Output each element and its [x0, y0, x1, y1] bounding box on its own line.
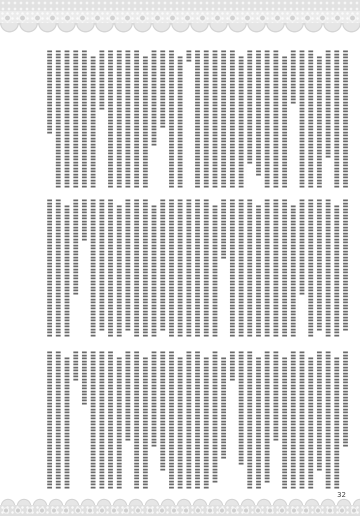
text-column: 〓〓〓〓〓〓〓〓〓〓〓〓〓〓〓〓〓〓〓〓〓〓〓	[52, 199, 61, 341]
text-column: 〓〓〓〓〓〓〓〓〓〓〓〓〓〓〓〓〓〓〓〓〓〓	[252, 199, 261, 341]
text-column: 〓〓〓〓〓〓〓〓〓〓〓〓〓〓〓〓〓〓〓〓〓〓	[331, 351, 340, 493]
text-column: 〓〓〓〓〓〓〓〓〓〓〓〓〓〓〓〓〓〓〓〓〓〓〓	[322, 351, 331, 493]
text-column: 〓〓〓〓〓〓〓〓〓〓〓〓〓〓〓〓〓〓〓〓〓〓	[252, 351, 261, 493]
text-column: 〓〓	[183, 50, 192, 192]
text-column: 〓〓〓〓〓〓〓〓〓〓〓〓〓	[157, 50, 166, 192]
text-column: 〓〓〓〓〓〓〓〓〓〓〓〓〓〓〓〓〓〓〓〓〓〓	[139, 351, 148, 493]
text-column: 〓〓〓〓〓〓〓〓〓〓〓〓〓〓〓〓〓〓〓〓〓〓〓	[96, 351, 105, 493]
text-column: 〓〓〓〓〓〓〓〓〓〓〓〓〓〓〓〓〓〓〓〓〓〓	[87, 50, 96, 192]
text-column: 〓〓〓〓〓〓〓〓〓〓〓〓〓〓〓〓〓〓〓〓〓〓〓	[217, 50, 226, 192]
text-column: 〓〓〓〓〓〓〓〓〓〓〓〓〓〓〓〓〓〓〓〓〓〓	[61, 351, 70, 493]
text-column: 〓〓〓〓〓〓〓〓〓〓〓〓〓〓〓〓〓〓〓〓〓〓〓	[296, 50, 305, 192]
text-column: 〓〓〓〓〓〓〓〓〓〓〓〓〓〓〓〓〓〓〓〓〓〓	[261, 351, 270, 493]
text-column: 〓〓〓〓〓〓〓〓〓〓〓〓〓〓〓〓〓〓〓〓〓〓〓	[261, 50, 270, 192]
text-column: 〓〓〓〓〓〓〓〓〓〓〓〓〓〓〓〓	[296, 199, 305, 341]
lace-border-top	[0, 0, 360, 38]
lace-band	[0, 505, 360, 516]
text-column: 〓〓〓〓〓〓〓〓〓〓〓〓〓〓〓〓〓〓〓〓〓〓	[139, 50, 148, 192]
text-column: 〓〓〓〓〓〓〓〓〓〓〓〓〓〓〓〓〓〓〓〓〓〓〓	[331, 50, 340, 192]
text-column: 〓〓〓〓〓〓〓〓〓〓〓〓〓〓〓〓〓〓〓〓〓〓〓	[87, 351, 96, 493]
text-column: 〓〓〓〓〓〓〓〓〓〓〓〓〓〓〓〓〓〓〓〓〓〓〓	[235, 199, 244, 341]
text-column: 〓〓〓〓〓〓〓〓〓〓〓〓〓〓〓〓〓〓〓〓〓〓	[174, 351, 183, 493]
text-column: 〓〓〓〓〓〓〓〓〓〓〓〓〓〓〓〓〓	[217, 351, 226, 493]
text-column: 〓〓〓〓〓〓〓〓〓〓〓〓〓〓〓〓〓〓〓〓〓〓	[278, 351, 287, 493]
text-column: 〓〓〓〓〓〓〓〓〓〓〓〓〓〓〓〓〓〓〓〓〓〓	[113, 351, 122, 493]
text-column: 〓〓〓〓〓〓〓〓〓〓〓〓〓〓〓〓〓〓〓〓〓〓〓	[183, 199, 192, 341]
text-column: 〓〓〓〓〓〓〓〓〓〓〓〓〓〓〓〓〓〓〓〓〓〓	[148, 199, 157, 341]
text-column: 〓〓〓〓〓〓〓〓〓〓〓〓〓〓〓〓〓〓〓〓〓〓〓	[200, 50, 209, 192]
text-column: 〓〓〓〓〓〓〓〓〓〓〓〓〓〓〓〓	[148, 50, 157, 192]
text-column: 〓〓〓〓〓〓〓〓〓〓〓〓〓〓〓〓〓〓〓〓〓〓〓	[339, 50, 348, 192]
text-column: 〓〓〓〓〓〓〓〓〓〓〓〓〓〓〓〓〓〓〓〓〓〓	[287, 199, 296, 341]
text-column: 〓〓〓〓〓〓〓〓〓〓〓〓〓〓〓〓〓〓〓〓〓〓	[339, 199, 348, 341]
text-column: 〓〓〓〓〓〓〓〓〓〓〓〓〓〓〓〓〓〓〓〓〓〓〓	[270, 199, 279, 341]
text-column: 〓〓〓〓〓〓〓〓〓〓〓〓〓〓〓〓〓〓〓〓〓〓〓	[122, 50, 131, 192]
text-column: 〓〓〓〓〓〓〓〓〓〓〓〓〓〓〓〓〓〓〓〓〓〓〓	[139, 199, 148, 341]
text-column: 〓〓〓〓〓〓〓〓〓〓〓〓〓〓〓〓〓〓〓〓〓〓〓	[87, 199, 96, 341]
text-column: 〓〓〓〓〓〓〓〓〓〓〓〓〓〓〓〓〓〓〓〓〓〓〓	[278, 199, 287, 341]
text-column: 〓〓〓〓〓〓〓〓〓〓〓〓〓〓〓〓〓〓〓〓〓〓〓	[322, 199, 331, 341]
text-column: 〓〓〓〓〓〓〓〓〓〓〓〓〓〓〓〓〓〓〓〓〓〓〓	[104, 199, 113, 341]
text-column: 〓〓〓〓〓〓〓〓〓〓〓〓〓〓〓〓	[70, 199, 79, 341]
text-column: 〓〓〓〓〓〓〓〓〓〓〓〓〓〓〓〓〓〓〓〓〓〓〓	[130, 351, 139, 493]
text-column: 〓〓〓〓〓〓〓〓〓〓〓〓〓〓〓〓〓〓〓〓〓〓〓	[226, 199, 235, 341]
text-column: 〓〓〓〓〓〓〓〓〓〓〓〓〓〓〓〓〓〓〓〓〓〓〓	[304, 199, 313, 341]
text-column: 〓〓〓〓〓〓〓〓〓〓〓〓〓〓〓〓〓〓〓〓〓〓	[96, 199, 105, 341]
text-column: 〓〓〓〓〓〓〓〓〓〓〓〓〓〓〓〓〓〓〓〓〓〓〓	[165, 351, 174, 493]
text-column: 〓〓〓〓〓〓〓〓〓〓〓〓〓〓〓〓〓〓〓〓〓〓	[122, 199, 131, 341]
text-column: 〓〓〓〓〓〓〓〓〓〓〓〓〓〓〓〓〓〓〓〓〓〓〓	[209, 50, 218, 192]
text-column: 〓〓〓〓〓〓〓〓〓〓〓〓〓〓〓〓〓〓〓〓〓〓〓	[130, 50, 139, 192]
text-column: 〓〓〓〓〓〓〓〓〓〓〓〓〓〓〓〓〓〓〓〓〓	[252, 50, 261, 192]
text-column: 〓〓〓〓〓〓〓〓〓〓〓〓〓〓〓〓〓〓〓〓〓〓	[113, 199, 122, 341]
text-column: 〓〓〓〓〓〓〓〓〓〓〓〓〓〓〓〓〓〓〓〓〓〓	[304, 351, 313, 493]
text-tier-2: 〓〓〓〓〓〓〓〓〓〓〓〓〓〓〓〓〓〓〓〓〓〓 〓〓〓〓〓〓〓〓〓〓〓〓〓〓〓〓〓…	[43, 199, 348, 341]
text-column: 〓〓〓〓〓〓〓〓〓〓〓〓〓〓〓〓〓〓〓〓〓〓〓	[52, 351, 61, 493]
text-column: 〓〓〓〓〓〓〓〓〓〓〓〓〓〓〓〓〓〓〓〓〓〓〓	[43, 351, 52, 493]
text-column: 〓〓〓〓〓〓〓〓〓〓〓〓〓〓〓〓〓〓〓〓〓〓	[174, 50, 183, 192]
text-column: 〓〓〓〓〓〓〓〓〓〓〓〓〓〓〓〓〓〓	[322, 50, 331, 192]
text-column: 〓〓〓〓〓〓〓〓〓〓〓〓〓〓〓〓〓〓〓〓〓〓〓	[191, 351, 200, 493]
text-column: 〓〓〓〓〓〓〓〓〓〓〓〓〓〓〓〓〓〓〓〓〓〓〓	[165, 50, 174, 192]
text-column: 〓〓〓〓〓〓〓〓〓〓〓〓〓〓〓〓〓〓〓〓〓〓	[209, 199, 218, 341]
text-column: 〓〓〓〓〓〓〓〓〓〓〓〓〓〓〓〓〓〓〓〓〓〓〓	[200, 199, 209, 341]
text-column: 〓〓〓〓〓〓〓〓〓〓〓〓〓〓〓〓〓〓〓〓〓〓〓	[104, 50, 113, 192]
text-column: 〓〓〓〓〓〓〓〓〓〓〓〓〓〓〓〓〓〓〓〓〓〓	[61, 199, 70, 341]
text-column: 〓〓〓〓〓〓〓〓〓〓〓〓〓〓〓〓〓〓〓〓〓〓	[235, 50, 244, 192]
text-column: 〓〓〓〓〓	[226, 351, 235, 493]
text-column: 〓〓〓〓〓〓〓〓〓〓〓〓〓〓〓〓〓〓〓〓〓〓〓	[43, 199, 52, 341]
text-column: 〓〓〓〓〓〓〓〓〓〓〓〓〓〓〓〓〓〓〓	[235, 351, 244, 493]
text-column: 〓〓〓〓〓〓〓〓〓〓〓〓〓〓〓〓〓〓〓〓〓〓	[209, 351, 218, 493]
text-column: 〓〓〓〓〓〓〓	[78, 199, 87, 341]
text-column: 〓〓〓〓〓〓〓〓〓〓〓〓〓〓〓〓〓〓〓〓〓〓〓	[61, 50, 70, 192]
text-column: 〓〓〓〓〓〓〓〓〓〓〓〓〓〓〓〓〓〓〓〓〓〓〓	[70, 50, 79, 192]
text-column: 〓〓〓〓〓〓〓〓〓〓〓〓〓〓〓〓〓〓〓〓	[157, 351, 166, 493]
text-column: 〓〓〓〓〓〓〓〓〓〓〓〓〓〓〓〓〓〓〓〓〓〓〓	[78, 50, 87, 192]
text-column: 〓〓〓〓〓〓〓〓〓〓〓〓〓〓〓〓〓〓〓	[244, 50, 253, 192]
text-column: 〓〓〓〓〓〓〓〓〓〓〓〓〓〓〓〓〓〓〓〓〓〓〓	[304, 50, 313, 192]
text-column: 〓〓〓〓〓〓〓〓〓〓〓〓〓〓〓〓	[148, 351, 157, 493]
text-column: 〓〓〓〓〓〓〓〓〓〓〓〓〓〓〓〓〓〓〓〓〓〓〓	[296, 351, 305, 493]
text-column: 〓〓〓〓〓〓〓〓〓〓〓〓〓〓〓〓〓〓〓〓〓〓〓	[52, 50, 61, 192]
text-column: 〓〓〓〓〓〓〓〓〓〓〓〓〓〓〓〓〓〓〓〓〓〓	[331, 199, 340, 341]
text-column: 〓〓〓〓〓〓〓〓〓〓〓〓〓〓〓〓〓〓〓〓〓〓〓	[244, 199, 253, 341]
lace-scallop-edge	[0, 23, 360, 36]
text-column: 〓〓〓〓〓〓〓〓〓〓〓〓〓〓〓〓〓〓〓〓〓〓	[313, 199, 322, 341]
text-column: 〓〓〓〓〓〓〓〓〓〓〓〓〓〓〓〓〓〓〓〓〓〓	[157, 199, 166, 341]
text-column: 〓〓〓〓〓〓〓〓〓〓	[96, 50, 105, 192]
text-column: 〓〓〓〓〓〓〓〓〓〓〓〓〓〓〓〓〓〓〓〓〓〓〓	[226, 50, 235, 192]
text-column: 〓〓〓〓〓〓〓〓〓〓〓〓〓〓〓〓〓〓〓〓〓〓〓	[165, 199, 174, 341]
text-tier-3: 〓〓〓〓〓〓〓〓〓〓〓〓〓〓〓〓 〓〓〓〓〓〓〓〓〓〓〓〓〓〓〓〓〓〓〓〓〓〓 …	[43, 351, 348, 493]
text-column: 〓〓〓〓〓〓〓〓〓〓〓〓〓〓〓〓	[339, 351, 348, 493]
text-column: 〓〓〓〓〓〓〓〓〓〓〓〓〓〓〓〓〓〓〓〓	[313, 351, 322, 493]
text-column: 〓〓〓〓〓〓〓〓〓〓〓〓〓〓〓〓〓〓〓〓〓〓〓	[270, 50, 279, 192]
text-column: 〓〓〓〓〓〓〓〓〓	[287, 50, 296, 192]
text-column: 〓〓〓〓〓〓〓〓〓〓〓〓〓〓〓〓〓〓〓〓〓〓〓	[174, 199, 183, 341]
text-column: 〓〓〓〓〓〓〓〓〓〓	[217, 199, 226, 341]
text-column: 〓〓〓〓〓〓〓〓〓〓〓〓〓〓〓〓〓〓〓〓〓〓	[200, 351, 209, 493]
text-column: 〓〓〓〓〓〓〓〓〓〓〓〓〓〓〓〓〓〓〓〓〓〓〓	[287, 351, 296, 493]
text-column: 〓〓〓〓〓〓〓〓〓〓〓〓〓〓	[43, 50, 52, 192]
text-column: 〓〓〓〓〓〓〓〓〓〓〓〓〓〓〓〓〓〓〓〓〓〓〓	[244, 351, 253, 493]
text-column: 〓〓〓〓〓〓〓〓〓〓〓〓〓〓〓〓〓〓〓〓〓〓〓	[113, 50, 122, 192]
lace-border-bottom	[0, 498, 360, 516]
text-column: 〓〓〓〓〓	[70, 351, 79, 493]
text-column: 〓〓〓〓〓〓〓〓〓〓〓〓〓〓〓	[270, 351, 279, 493]
text-column: 〓〓〓〓〓〓〓〓〓〓〓〓〓〓〓〓〓〓〓〓〓〓〓	[191, 199, 200, 341]
text-column: 〓〓〓〓〓〓〓〓〓〓〓〓〓〓〓〓〓〓〓〓〓〓〓	[191, 50, 200, 192]
text-tier-1: 〓〓〓〓〓〓〓〓〓〓〓〓〓〓〓〓〓〓〓〓〓〓〓 〓〓〓〓〓〓〓〓〓〓〓〓〓〓〓〓…	[43, 50, 348, 192]
text-column: 〓〓〓〓〓〓〓〓〓〓〓〓〓〓〓	[122, 351, 131, 493]
text-column: 〓〓〓〓〓〓〓〓〓〓〓〓〓〓〓〓〓〓〓〓〓〓	[313, 50, 322, 192]
text-column: 〓〓〓〓〓〓〓〓〓〓〓〓〓〓〓〓〓〓〓〓〓〓〓	[130, 199, 139, 341]
text-column: 〓〓〓〓〓〓〓〓〓〓〓〓〓〓〓〓〓〓〓〓〓〓	[278, 50, 287, 192]
text-column: 〓〓〓〓〓〓〓〓〓	[78, 351, 87, 493]
text-column: 〓〓〓〓〓〓〓〓〓〓〓〓〓〓〓〓〓〓〓〓〓〓〓	[183, 351, 192, 493]
text-column: 〓〓〓〓〓〓〓〓〓〓〓〓〓〓〓〓〓〓〓〓〓〓〓	[104, 351, 113, 493]
text-column: 〓〓〓〓〓〓〓〓〓〓〓〓〓〓〓〓〓〓〓〓〓〓〓	[261, 199, 270, 341]
